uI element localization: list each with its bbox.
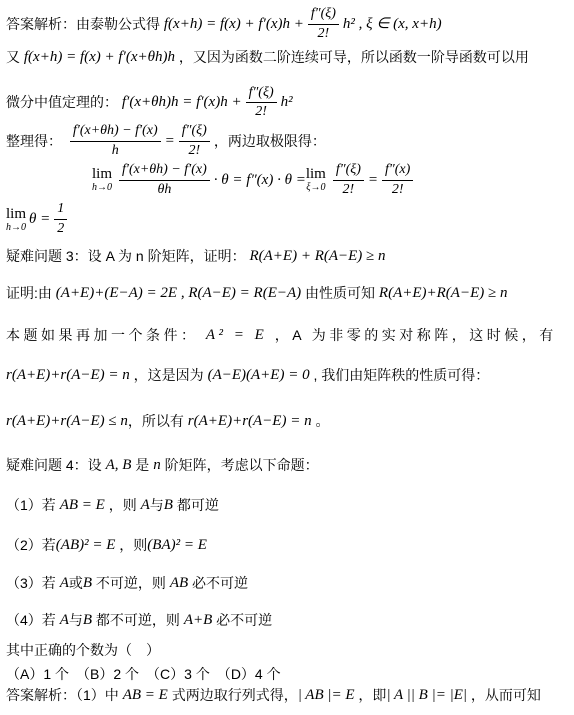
limit-operator: limh→0 <box>92 167 112 193</box>
doc-line: 又 f(x+h) = f(x) + f′(x+θh)h ，又因为函数二阶连续可导… <box>6 47 570 68</box>
math-run: = <box>368 170 378 191</box>
text-run: 答案解析：由泰勒公式得 <box>6 14 164 35</box>
math-run: · θ = f″(x) · θ = <box>214 170 306 191</box>
text-run: ，两边取极限得： <box>214 131 326 152</box>
limit-word: lim <box>92 167 112 182</box>
math-run: h² <box>281 92 293 113</box>
text-run: 都可逆 <box>173 495 219 516</box>
text-run: （3）若 <box>6 573 60 594</box>
math-run: (A−E)(A+E) = 0 <box>208 365 310 386</box>
doc-line: （3）若 A或B 不可逆，则 AB 必不可逆 <box>6 573 570 594</box>
doc-line: 答案解析：由泰勒公式得 f(x+h) = f(x) + f′(x)h +f″(ξ… <box>6 6 570 43</box>
math-run: A <box>141 495 150 516</box>
math-run: A <box>60 573 69 594</box>
math-run: B <box>83 573 92 594</box>
math-run: f′(x+θh)h = f′(x)h + <box>122 92 242 113</box>
doc-line: r(A+E)+r(A−E) = n ，这是因为 (A−E)(A+E) = 0 ,… <box>6 365 570 386</box>
math-run: r(A+E)+r(A−E) ≤ n <box>6 411 128 432</box>
fraction-denominator: 2! <box>392 181 404 199</box>
fraction: f″(ξ)2! <box>246 85 277 122</box>
text-run: 疑难问题 4：设 <box>6 455 106 476</box>
text-run: ，则 <box>105 495 141 516</box>
text-run: ，所以有 <box>128 411 188 432</box>
text-run: （1）若 <box>6 495 60 516</box>
text-run: 阶矩阵，考虑以下命题： <box>161 455 319 476</box>
text-run: （A）1 个 （B）2 个 （C）3 个 （D）4 个 <box>6 664 281 685</box>
text-run: （2）若 <box>6 535 56 556</box>
math-run: (A+E)+(E−A) = 2E , R(A−E) = R(E−A) <box>56 283 301 304</box>
limit-subscript: ξ→0 <box>306 183 325 193</box>
limit-subscript: h→0 <box>92 183 112 193</box>
math-run: r(A+E)+r(A−E) = n <box>188 411 312 432</box>
text-run: 不可逆，则 <box>92 573 170 594</box>
math-run: f(x+h) = f(x) + f′(x)h + <box>164 14 304 35</box>
doc-line: 本题如果再加一个条件： A² = E ，A 为非零的实对称阵，这时候，有 <box>6 325 570 346</box>
math-run: AB = E <box>60 495 105 516</box>
limit-word: lim <box>306 167 326 182</box>
text-run: 与 <box>150 495 164 516</box>
text-run: 证明:由 <box>6 283 56 304</box>
text-run: （4）若 <box>6 610 60 631</box>
math-run: n <box>153 455 161 476</box>
math-run: = <box>165 131 175 152</box>
math-run: R(A+E)+R(A−E) ≥ n <box>379 283 508 304</box>
math-run: f(x+h) = f(x) + f′(x+θh)h <box>24 47 175 68</box>
doc-line: limh→0θ =12 <box>6 201 570 238</box>
text-run: 由性质可知 <box>301 283 379 304</box>
fraction: f′(x+θh) − f′(x)θh <box>119 162 210 199</box>
doc-line: limh→0f′(x+θh) − f′(x)θh· θ = f″(x) · θ … <box>92 162 570 199</box>
fraction-numerator: 1 <box>54 201 67 220</box>
doc-line: （A）1 个 （B）2 个 （C）3 个 （D）4 个 <box>6 664 570 685</box>
fraction-numerator: f″(ξ) <box>333 162 364 181</box>
fraction: f″(ξ)2! <box>333 162 364 199</box>
limit-operator: limξ→0 <box>306 167 326 193</box>
fraction-numerator: f″(ξ) <box>179 123 210 142</box>
doc-line: 答案解析：（1）中 AB = E 式两边取行列式得，| AB |= E ，即| … <box>6 685 570 706</box>
fraction-numerator: f′(x+θh) − f′(x) <box>70 123 161 142</box>
math-run: A+B <box>184 610 212 631</box>
text-run: 必不可逆 <box>188 573 248 594</box>
text-run: 其中正确的个数为（ ） <box>6 640 160 661</box>
text-run: 或 <box>69 573 83 594</box>
fraction: f″(ξ)2! <box>308 6 339 43</box>
text-run: ，又因为函数二阶连续可导，所以函数一阶导函数可以用 <box>175 47 529 68</box>
text-run: 微分中值定理的： <box>6 92 122 113</box>
text-run: 都不可逆，则 <box>92 610 184 631</box>
math-run: A² = E <box>206 325 267 346</box>
text-run: 疑难问题 3：设 A 为 n 阶矩阵，证明： <box>6 246 249 267</box>
text-run: ，从而可知 <box>467 685 541 706</box>
fraction-numerator: f″(ξ) <box>246 85 277 104</box>
math-run: AB <box>170 573 188 594</box>
text-run: 与 <box>69 610 83 631</box>
limit-operator: limh→0 <box>6 207 26 233</box>
text-run: 是 <box>131 455 153 476</box>
math-run: R(A+E) + R(A−E) ≥ n <box>249 246 385 267</box>
text-run: , 我们由矩阵秩的性质可得： <box>310 365 490 386</box>
text-run: 答案解析：（1）中 <box>6 685 123 706</box>
text-run: 必不可逆 <box>212 610 272 631</box>
doc-line: 证明:由 (A+E)+(E−A) = 2E , R(A−E) = R(E−A) … <box>6 283 570 304</box>
math-run: r(A+E)+r(A−E) = n <box>6 365 130 386</box>
math-run: B <box>83 610 92 631</box>
text-run: ，A 为非零的实对称阵，这时候，有 <box>267 325 556 346</box>
fraction: f″(ξ)2! <box>179 123 210 160</box>
fraction-numerator: f″(x) <box>382 162 413 181</box>
doc-line: 其中正确的个数为（ ） <box>6 640 570 661</box>
doc-line: （1）若 AB = E ，则 A与B 都可逆 <box>6 495 570 516</box>
fraction: 12 <box>54 201 67 238</box>
limit-subscript: h→0 <box>6 223 26 233</box>
text-run: ，即 <box>355 685 387 706</box>
math-run: A, B <box>106 455 132 476</box>
math-run: AB = E <box>123 685 168 706</box>
doc-line: 疑难问题 3：设 A 为 n 阶矩阵，证明： R(A+E) + R(A−E) ≥… <box>6 246 570 267</box>
doc-line: 疑难问题 4：设 A, B 是 n 阶矩阵，考虑以下命题： <box>6 455 570 476</box>
limit-word: lim <box>6 207 26 222</box>
math-run: B <box>164 495 173 516</box>
doc-line: r(A+E)+r(A−E) ≤ n，所以有 r(A+E)+r(A−E) = n … <box>6 411 570 432</box>
fraction-denominator: 2 <box>57 220 64 238</box>
text-run: 又 <box>6 47 24 68</box>
text-run: ，这是因为 <box>130 365 208 386</box>
math-run: | AB |= E <box>298 685 355 706</box>
math-run: (BA)² = E <box>147 535 207 556</box>
text-run: ，则 <box>115 535 147 556</box>
doc-line: （4）若 A与B 都不可逆，则 A+B 必不可逆 <box>6 610 570 631</box>
math-run: A <box>60 610 69 631</box>
fraction-denominator: h <box>112 142 119 160</box>
fraction: f′(x+θh) − f′(x)h <box>70 123 161 160</box>
text-run: 式两边取行列式得， <box>168 685 298 706</box>
fraction-denominator: 2! <box>188 142 200 160</box>
text-run: 整理得： <box>6 131 66 152</box>
fraction-numerator: f′(x+θh) − f′(x) <box>119 162 210 181</box>
fraction: f″(x)2! <box>382 162 413 199</box>
math-run: (AB)² = E <box>56 535 116 556</box>
fraction-denominator: θh <box>157 181 171 199</box>
math-run: θ = <box>29 209 50 230</box>
doc-line: 微分中值定理的： f′(x+θh)h = f′(x)h +f″(ξ)2!h² <box>6 85 570 122</box>
math-run: h² , ξ ∈ (x, x+h) <box>343 14 442 35</box>
doc-line: 整理得： f′(x+θh) − f′(x)h=f″(ξ)2!，两边取极限得： <box>6 123 570 160</box>
fraction-numerator: f″(ξ) <box>308 6 339 25</box>
fraction-denominator: 2! <box>255 103 267 121</box>
math-run: | A || B |= |E| <box>386 685 467 706</box>
text-run: 。 <box>312 411 330 432</box>
math-document-page: 答案解析：由泰勒公式得 f(x+h) = f(x) + f′(x)h +f″(ξ… <box>0 0 574 715</box>
document-body: 答案解析：由泰勒公式得 f(x+h) = f(x) + f′(x)h +f″(ξ… <box>6 6 570 706</box>
doc-line: （2）若(AB)² = E ，则(BA)² = E <box>6 535 570 556</box>
fraction-denominator: 2! <box>343 181 355 199</box>
fraction-denominator: 2! <box>318 25 330 43</box>
text-run: 本题如果再加一个条件： <box>6 325 206 346</box>
